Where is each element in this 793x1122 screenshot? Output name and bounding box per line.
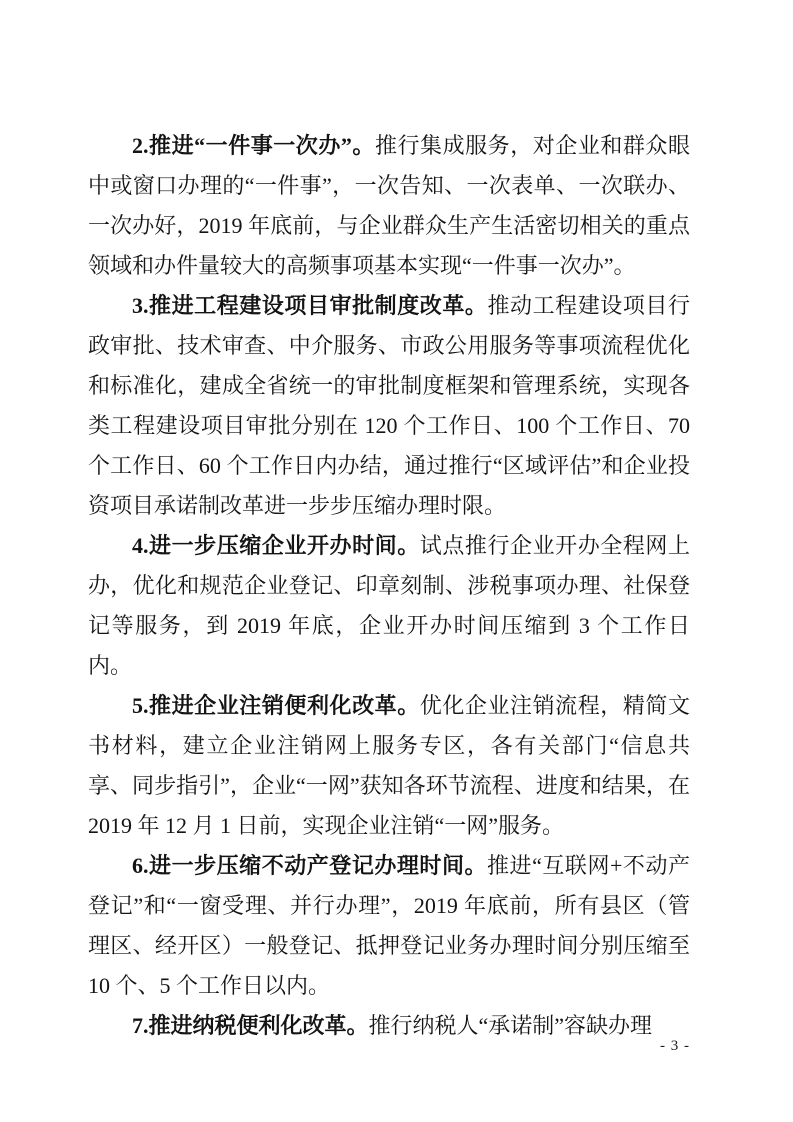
paragraph-item-7-text: 推行纳税人“承诺制”容缺办理: [369, 1013, 653, 1038]
paragraph-item-2-lead: 2.推进“一件事一次办”。: [132, 133, 375, 158]
paragraph-item-5-lead: 5.推进企业注销便利化改革。: [132, 693, 420, 718]
paragraph-item-5: 5.推进企业注销便利化改革。优化企业注销流程，精简文书材料，建立企业注销网上服务…: [88, 686, 690, 846]
paragraph-item-6: 6.进一步压缩不动产登记办理时间。推进“互联网+不动产登记”和“一窗受理、并行办…: [88, 846, 690, 1006]
paragraph-item-7: 7.推进纳税便利化改革。推行纳税人“承诺制”容缺办理: [88, 1006, 690, 1046]
paragraph-item-4-lead: 4.进一步压缩企业开办时间。: [132, 533, 420, 558]
paragraph-item-4: 4.进一步压缩企业开办时间。试点推行企业开办全程网上办，优化和规范企业登记、印章…: [88, 526, 690, 686]
paragraph-item-2: 2.推进“一件事一次办”。推行集成服务，对企业和群众眼中或窗口办理的“一件事”，…: [88, 126, 690, 286]
document-body: 2.推进“一件事一次办”。推行集成服务，对企业和群众眼中或窗口办理的“一件事”，…: [88, 126, 690, 1046]
paragraph-item-3-lead: 3.推进工程建设项目审批制度改革。: [132, 293, 487, 318]
paragraph-item-3-text: 推动工程建设项目行政审批、技术审查、中介服务、市政公用服务等事项流程优化和标准化…: [88, 293, 690, 518]
paragraph-item-6-lead: 6.进一步压缩不动产登记办理时间。: [132, 853, 487, 878]
paragraph-item-7-lead: 7.推进纳税便利化改革。: [132, 1013, 369, 1038]
page-number: - 3 -: [660, 1038, 690, 1054]
document-page: 2.推进“一件事一次办”。推行集成服务，对企业和群众眼中或窗口办理的“一件事”，…: [0, 0, 793, 1122]
paragraph-item-3: 3.推进工程建设项目审批制度改革。推动工程建设项目行政审批、技术审查、中介服务、…: [88, 286, 690, 526]
